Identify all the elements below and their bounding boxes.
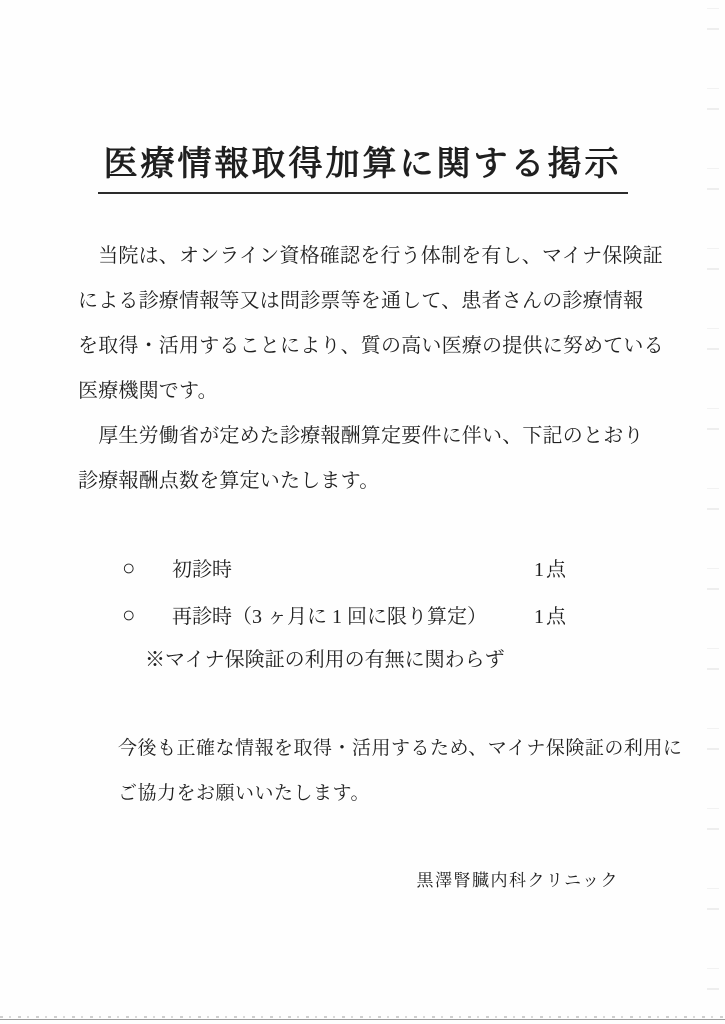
fee-row-first-visit: ○ 初診時 1点 [122,544,568,591]
circle-bullet-icon: ○ [122,604,172,626]
page-title-wrap: 医療情報取得加算に関する掲示 [0,136,725,194]
page-title: 医療情報取得加算に関する掲示 [98,136,628,194]
closing-paragraph: 今後も正確な情報を取得・活用するため、マイナ保険証の利用に ご協力をお願いいたし… [118,726,682,816]
closing-line: 今後も正確な情報を取得・活用するため、マイナ保険証の利用に [118,726,682,771]
closing-line: ご協力をお願いいたします。 [118,771,682,816]
body-line: 厚生労働省が定めた診療報酬算定要件に伴い、下記のとおり [78,414,650,459]
fee-label: 再診時（3 ヶ月に 1 回に限り算定） [172,600,487,629]
scan-artifact-bottom-line [0,1011,725,1020]
fee-label: 初診時 [172,553,232,582]
body-line: を取得・活用することにより、質の高い医療の提供に努めている [78,324,650,369]
body-line: による診療情報等又は問診票等を通して、患者さんの診療情報 [78,279,650,324]
fee-points: 1点 [534,600,568,629]
scanned-notice-page: 医療情報取得加算に関する掲示 当院は、オンライン資格確認を行う体制を有し、マイナ… [0,0,725,1024]
fee-points: 1点 [534,553,568,582]
fee-note: ※マイナ保険証の利用の有無に関わらず [145,638,582,683]
notice-body: 当院は、オンライン資格確認を行う体制を有し、マイナ保険証 による診療情報等又は問… [78,234,650,504]
fee-row-revisit: ○ 再診時（3 ヶ月に 1 回に限り算定） 1点 [122,591,568,638]
circle-bullet-icon: ○ [122,557,172,579]
fee-list: ○ 初診時 1点 ○ 再診時（3 ヶ月に 1 回に限り算定） 1点 ※マイナ保険… [122,544,582,683]
body-line: 医療機関です。 [78,369,650,414]
body-line: 当院は、オンライン資格確認を行う体制を有し、マイナ保険証 [78,234,650,279]
clinic-signature: 黒澤腎臓内科クリニック [417,866,619,891]
body-line: 診療報酬点数を算定いたします。 [78,459,650,504]
